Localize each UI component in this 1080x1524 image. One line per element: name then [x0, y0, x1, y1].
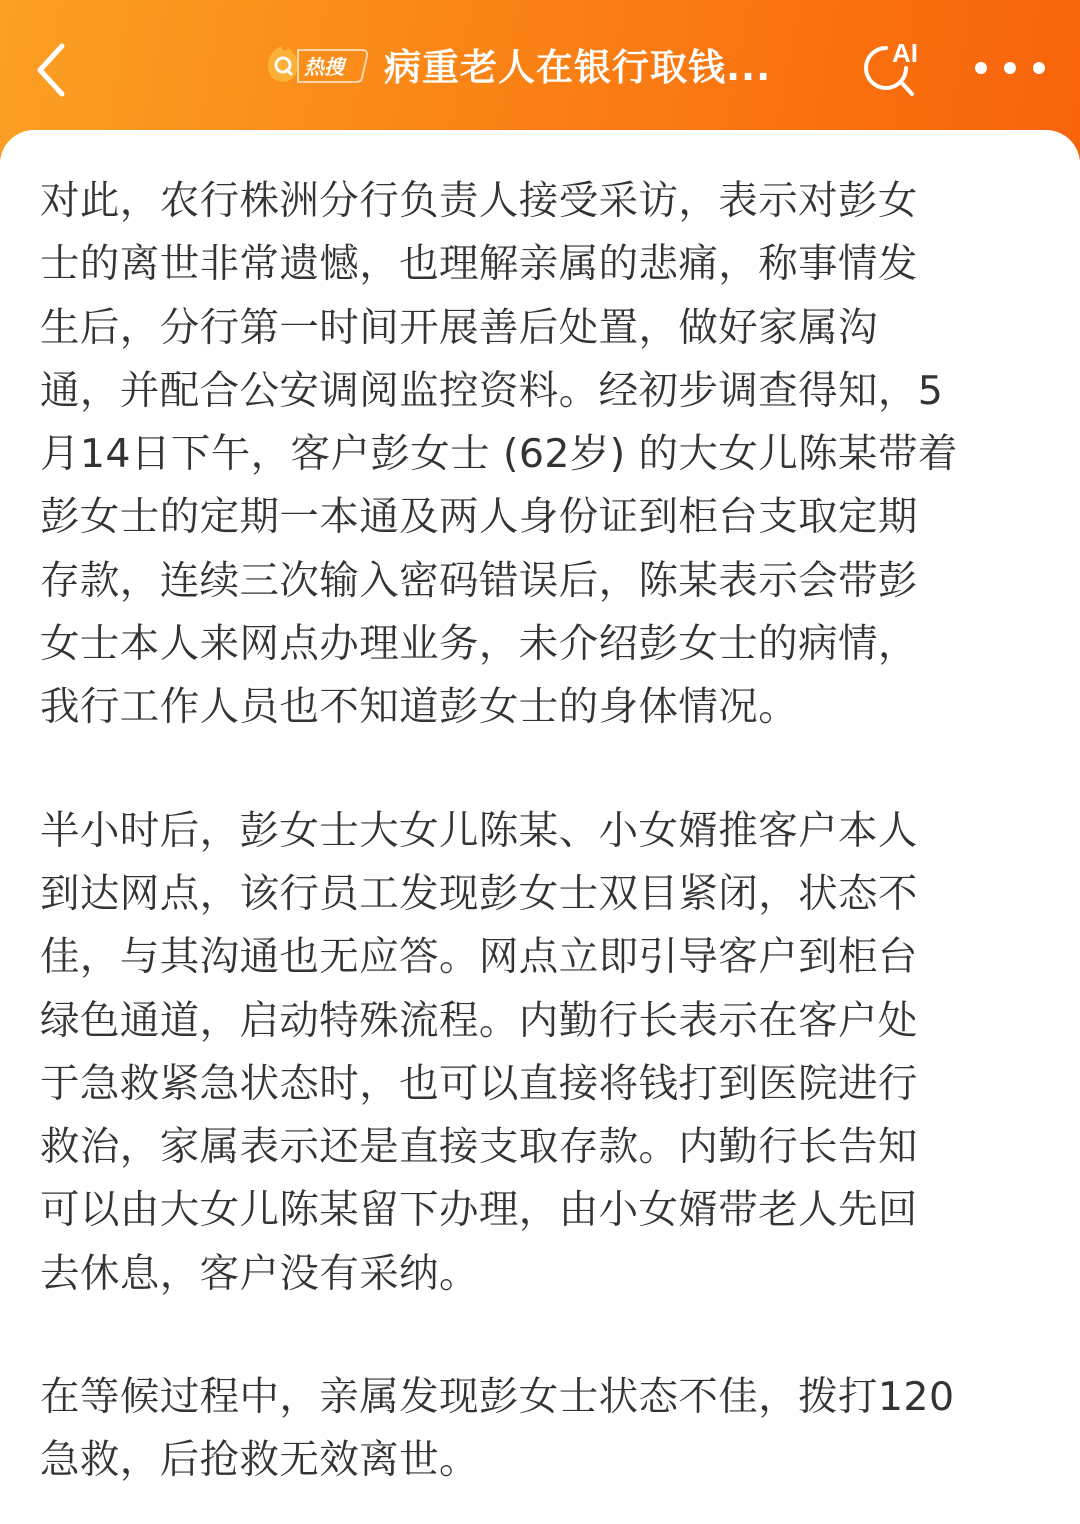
text-line: 女士本人来网点办理业务，未介绍彭女士的病情， — [40, 613, 1050, 676]
text-line: 佳，与其沟通也无应答。网点立即引导客户到柜台 — [40, 926, 1050, 989]
paragraph-gap — [40, 1306, 1050, 1366]
text-line: 生后，分行第一时间开展善后处置，做好家属沟 — [40, 297, 1050, 360]
ai-label: AI — [892, 38, 918, 68]
text-line: 我行工作人员也不知道彭女士的身体情况。 — [40, 676, 1050, 739]
more-dots-icon — [1004, 62, 1016, 74]
back-button[interactable] — [34, 40, 94, 100]
text-line: 士的离世非常遗憾，也理解亲属的悲痛，称事情发 — [40, 233, 1050, 296]
page-title: 病重老人在银行取钱... — [384, 40, 771, 96]
text-line: 通，并配合公安调阅监控资料。经初步调查得知，5 — [40, 360, 1050, 423]
ai-search-button[interactable]: AI — [856, 34, 932, 100]
text-line: 对此，农行株洲分行负责人接受采访，表示对彭女 — [40, 170, 1050, 233]
hot-search-badge-graphic: 热搜 — [262, 42, 370, 86]
hot-search-badge[interactable]: 热搜 — [262, 42, 370, 86]
text-line: 月14日下午，客户彭女士 (62岁) 的大女儿陈某带着 — [40, 423, 1050, 486]
more-dots-icon — [1033, 62, 1045, 74]
more-button[interactable] — [975, 48, 1045, 88]
text-line: 救治，家属表示还是直接支取存款。内勤行长告知 — [40, 1116, 1050, 1179]
more-dots-icon — [975, 62, 987, 74]
paragraph-3: 在等候过程中，亲属发现彭女士状态不佳，拨打120 急救，后抢救无效离世。 — [40, 1366, 1050, 1493]
text-line: 急救，后抢救无效离世。 — [40, 1429, 1050, 1492]
text-line: 去休息，客户没有采纳。 — [40, 1243, 1050, 1306]
paragraph-2: 半小时后，彭女士大女儿陈某、小女婿推客户本人 到达网点，该行员工发现彭女士双目紧… — [40, 800, 1050, 1306]
text-line: 半小时后，彭女士大女儿陈某、小女婿推客户本人 — [40, 800, 1050, 863]
paragraph-1: 对此，农行株洲分行负责人接受采访，表示对彭女 士的离世非常遗憾，也理解亲属的悲痛… — [40, 170, 1050, 740]
paragraph-gap — [40, 740, 1050, 800]
hot-search-label: 热搜 — [304, 55, 348, 79]
text-line: 存款，连续三次输入密码错误后，陈某表示会带彭 — [40, 550, 1050, 613]
text-line: 到达网点，该行员工发现彭女士双目紧闭，状态不 — [40, 863, 1050, 926]
text-line: 绿色通道，启动特殊流程。内勤行长表示在客户处 — [40, 990, 1050, 1053]
text-line: 可以由大女儿陈某留下办理，由小女婿带老人先回 — [40, 1179, 1050, 1242]
ai-search-icon: AI — [856, 34, 932, 100]
text-line: 于急救紧急状态时，也可以直接将钱打到医院进行 — [40, 1053, 1050, 1116]
chevron-left-icon — [34, 40, 94, 100]
text-line: 在等候过程中，亲属发现彭女士状态不佳，拨打120 — [40, 1366, 1050, 1429]
text-line: 彭女士的定期一本通及两人身份证到柜台支取定期 — [40, 486, 1050, 549]
article-body: 对此，农行株洲分行负责人接受采访，表示对彭女 士的离世非常遗憾，也理解亲属的悲痛… — [40, 170, 1050, 1493]
